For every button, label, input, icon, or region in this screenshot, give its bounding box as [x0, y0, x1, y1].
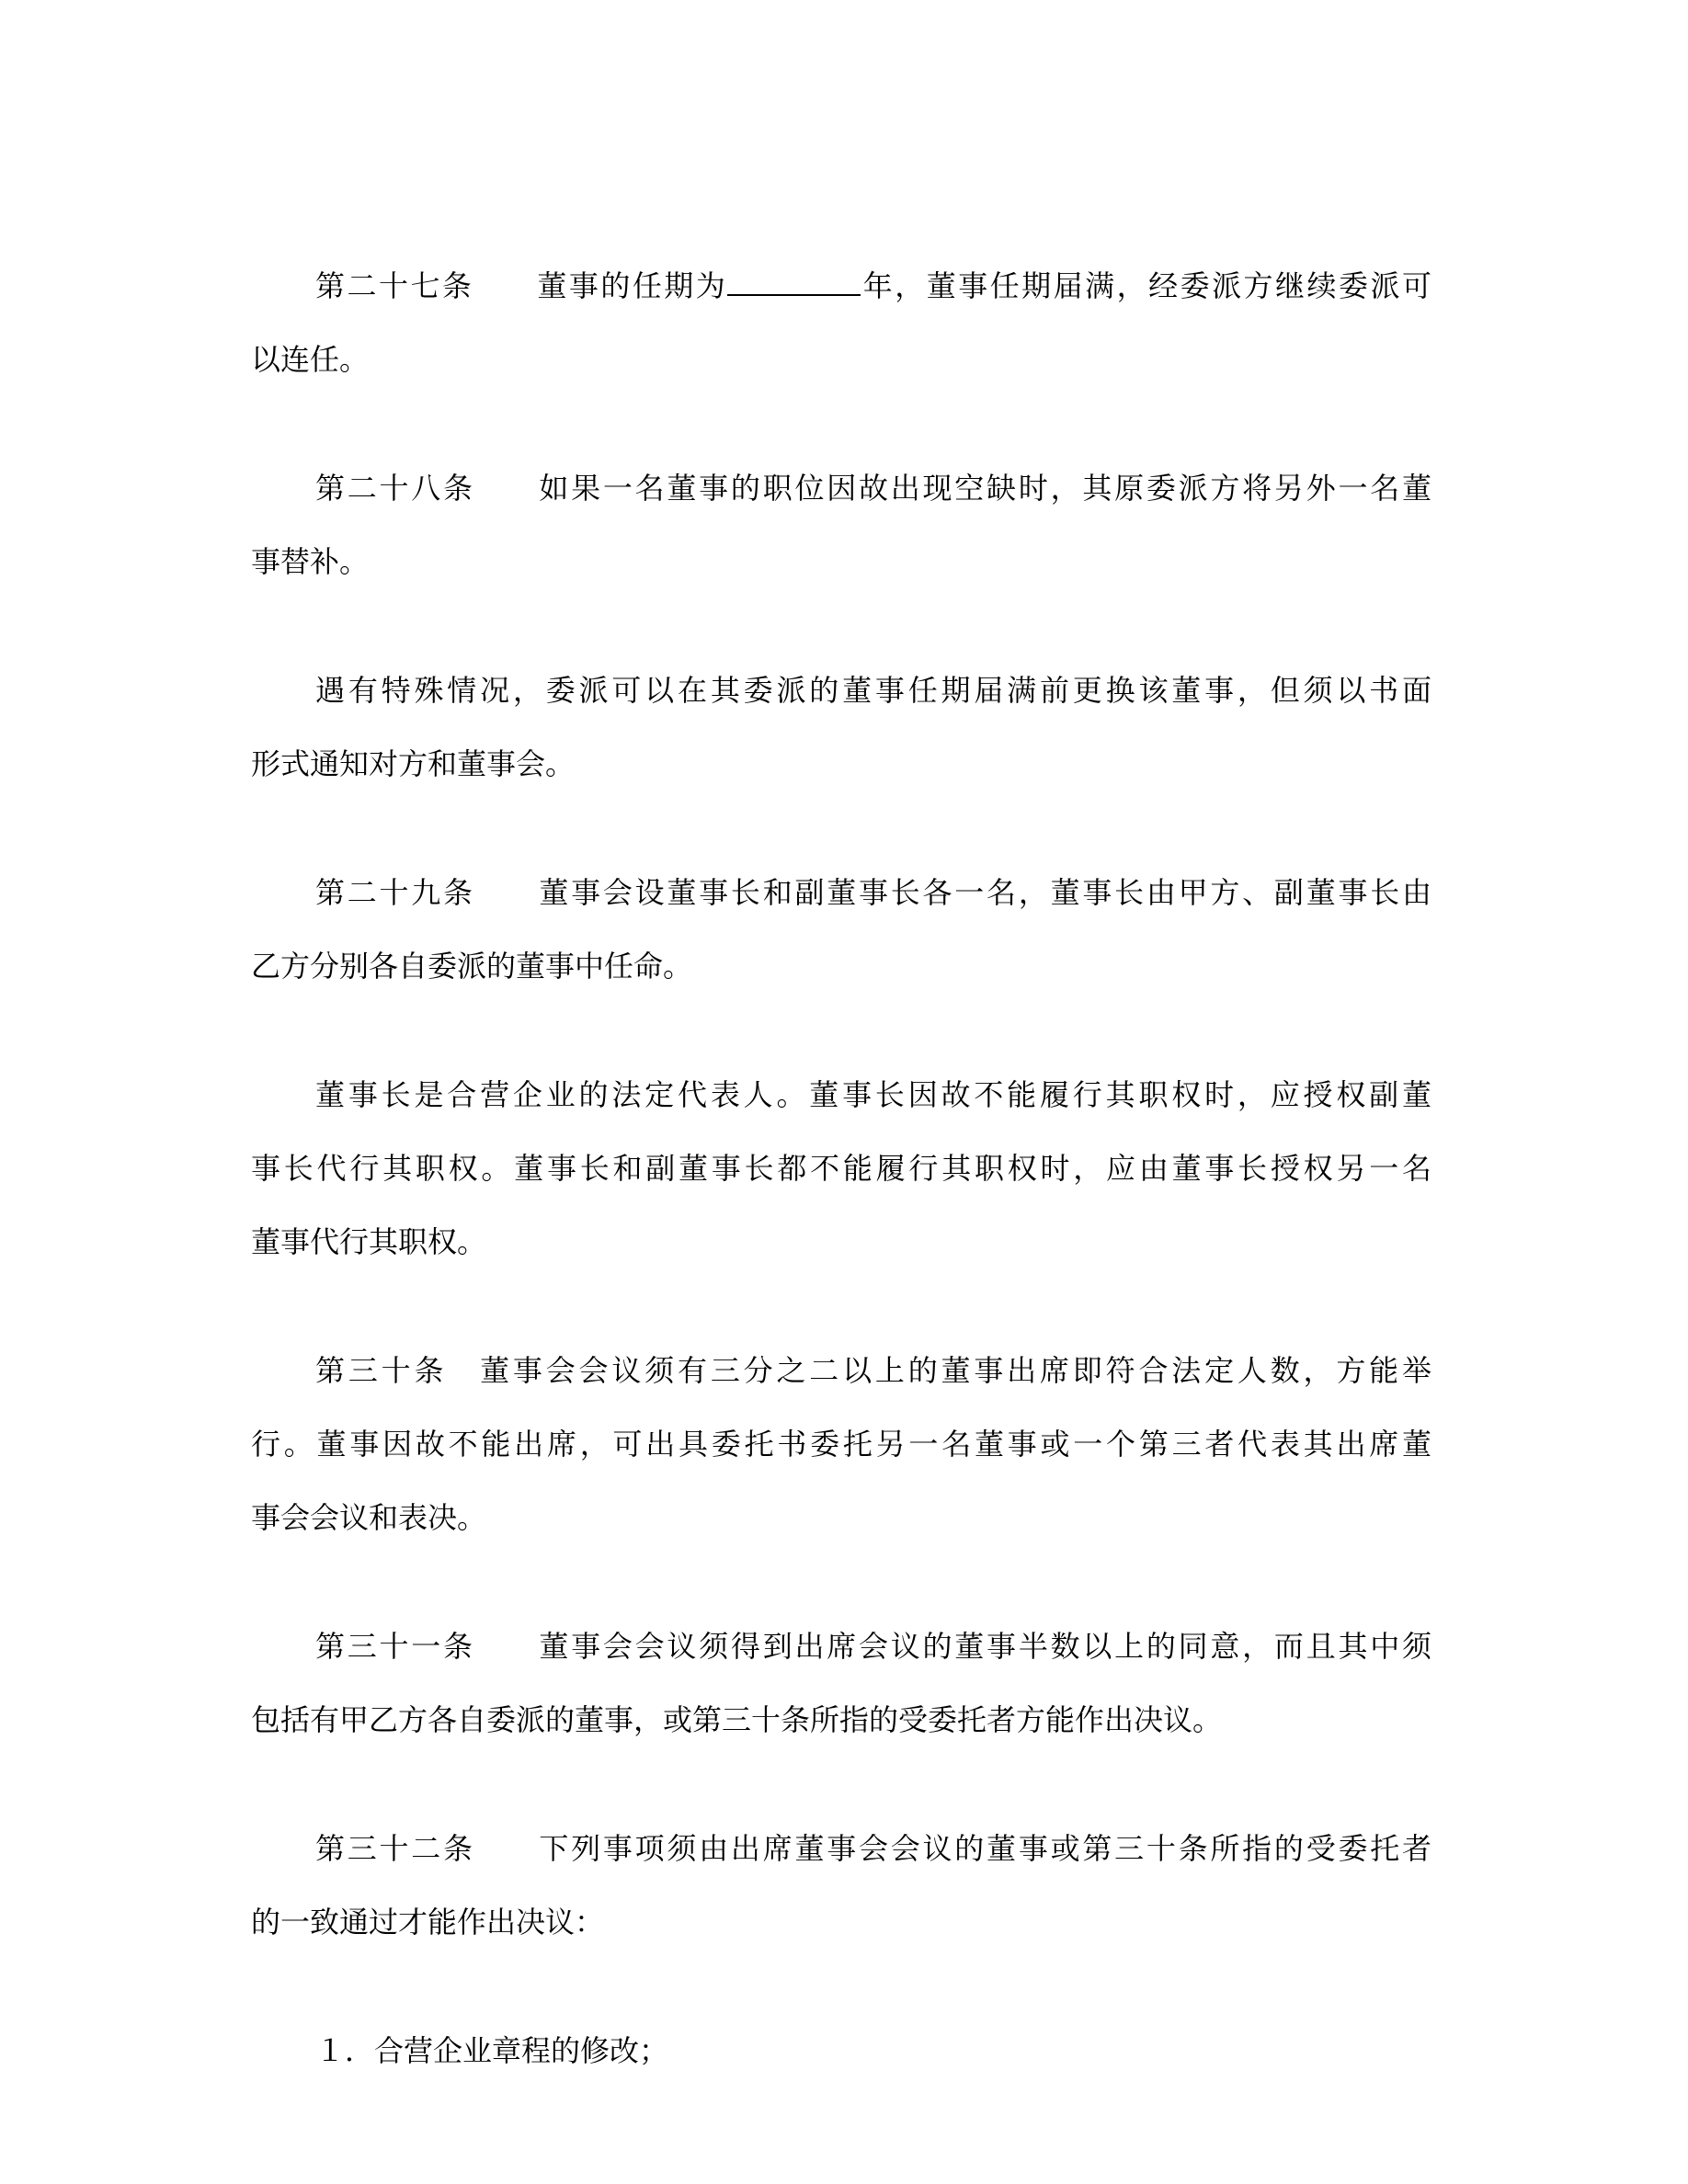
text-line: 董事长是合营企业的法定代表人。董事长因故不能履行其职权时，应授权副董 [251, 1058, 1431, 1132]
text-line: 以连任。 [251, 323, 1431, 396]
paragraph-article-30: 第三十条 董事会会议须有三分之二以上的董事出席即符合法定人数，方能举 行。董事因… [251, 1334, 1431, 1554]
paragraph-article-28-supplement: 遇有特殊情况，委派可以在其委派的董事任期届满前更换该董事，但须以书面 形式通知对… [251, 654, 1431, 801]
paragraph-article-32: 第三十二条 下列事项须由出席董事会会议的董事或第三十条所指的受委托者 的一致通过… [251, 1812, 1431, 1959]
text-line: 包括有甲乙方各自委派的董事，或第三十条所指的受委托者方能作出决议。 [251, 1683, 1431, 1757]
list-item-1: １．合营企业章程的修改； [251, 2014, 1431, 2087]
text-line: 董事代行其职权。 [251, 1205, 1431, 1279]
document-page: 第二十七条 董事的任期为年，董事任期届满，经委派方继续委派可 以连任。 第二十八… [0, 0, 1688, 2087]
paragraph-article-29-supplement: 董事长是合营企业的法定代表人。董事长因故不能履行其职权时，应授权副董 事长代行其… [251, 1058, 1431, 1279]
text-line: 第二十七条 董事的任期为年，董事任期届满，经委派方继续委派可 [251, 249, 1431, 323]
paragraph-article-27: 第二十七条 董事的任期为年，董事任期届满，经委派方继续委派可 以连任。 [251, 249, 1431, 396]
text-line: 事长代行其职权。董事长和副董事长都不能履行其职权时，应由董事长授权另一名 [251, 1132, 1431, 1205]
paragraph-article-28: 第二十八条 如果一名董事的职位因故出现空缺时，其原委派方将另外一名董 事替补。 [251, 451, 1431, 598]
blank-underline [727, 267, 861, 296]
text-line: 的一致通过才能作出决议： [251, 1885, 1431, 1959]
text-line: 第三十条 董事会会议须有三分之二以上的董事出席即符合法定人数，方能举 [251, 1334, 1431, 1407]
text-line: 行。董事因故不能出席，可出具委托书委托另一名董事或一个第三者代表其出席董 [251, 1407, 1431, 1481]
article-27-text-after-blank: 年，董事任期届满，经委派方继续委派可 [861, 269, 1431, 302]
text-line: 第二十九条 董事会设董事长和副董事长各一名，董事长由甲方、副董事长由 [251, 856, 1431, 929]
text-line: 事替补。 [251, 525, 1431, 598]
text-line: 遇有特殊情况，委派可以在其委派的董事任期届满前更换该董事，但须以书面 [251, 654, 1431, 727]
article-27-text-before-blank: 第二十七条 董事的任期为 [315, 269, 727, 302]
paragraph-article-29: 第二十九条 董事会设董事长和副董事长各一名，董事长由甲方、副董事长由 乙方分别各… [251, 856, 1431, 1003]
text-line: 第二十八条 如果一名董事的职位因故出现空缺时，其原委派方将另外一名董 [251, 451, 1431, 525]
text-line: １．合营企业章程的修改； [251, 2014, 1431, 2087]
text-line: 事会会议和表决。 [251, 1481, 1431, 1554]
text-line: 形式通知对方和董事会。 [251, 727, 1431, 801]
text-line: 乙方分别各自委派的董事中任命。 [251, 929, 1431, 1003]
paragraph-article-31: 第三十一条 董事会会议须得到出席会议的董事半数以上的同意，而且其中须 包括有甲乙… [251, 1610, 1431, 1757]
text-line: 第三十一条 董事会会议须得到出席会议的董事半数以上的同意，而且其中须 [251, 1610, 1431, 1683]
text-line: 第三十二条 下列事项须由出席董事会会议的董事或第三十条所指的受委托者 [251, 1812, 1431, 1885]
